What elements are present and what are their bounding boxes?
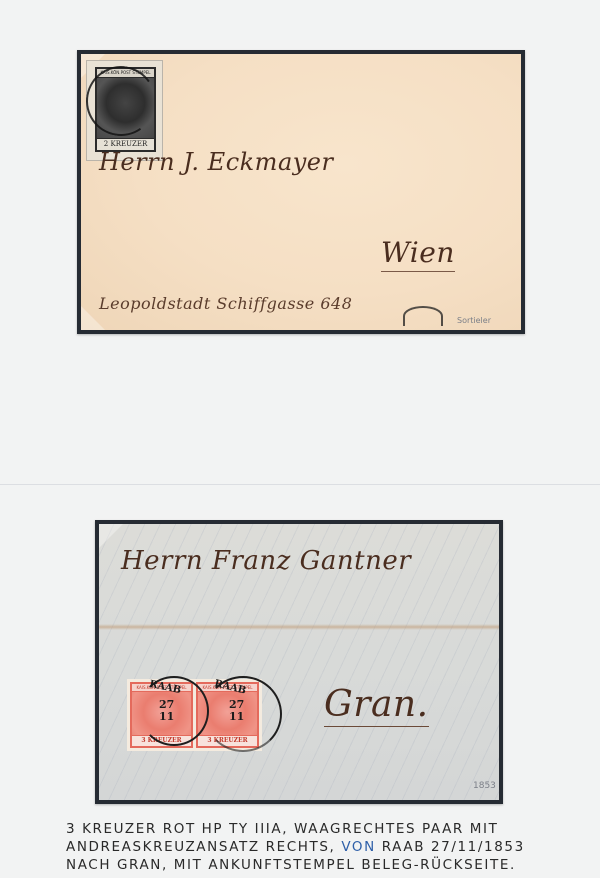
postmark-month: 11 — [159, 711, 174, 723]
caption-highlight: von — [341, 839, 376, 855]
cover-top-mount: KAIS.KÖN.POST STEMPEL 2 KREUZER Herrn J.… — [77, 50, 525, 334]
recipient-street: Leopoldstadt Schiffgasse 648 — [99, 294, 352, 313]
recipient-name: Herrn J. Eckmayer — [99, 148, 333, 176]
fold-crease — [99, 624, 499, 630]
expert-signature: Sortieler — [457, 316, 491, 325]
photo-corner — [99, 524, 123, 548]
cover-bottom-envelope: Herrn Franz Gantner Gran. KAIS.KÖN.POST … — [99, 524, 499, 800]
recipient-name: Herrn Franz Gantner — [121, 546, 411, 576]
recipient-city: Gran. — [324, 684, 429, 727]
recipient-city: Wien — [381, 236, 455, 272]
cover-top-envelope: KAIS.KÖN.POST STEMPEL 2 KREUZER Herrn J.… — [81, 54, 521, 330]
postmark-date: 27 11 — [159, 699, 174, 723]
postmark-date: 27 11 — [229, 699, 244, 723]
pencil-year-note: 1853 — [473, 781, 496, 791]
album-caption: 3 Kreuzer rot HP Ty IIIa, waagrechtes Pa… — [66, 820, 556, 874]
page-divider — [0, 484, 600, 485]
cover-bottom-mount: Herrn Franz Gantner Gran. KAIS.KÖN.POST … — [95, 520, 503, 804]
partial-postmark — [403, 306, 443, 326]
postmark-month: 11 — [229, 711, 244, 723]
